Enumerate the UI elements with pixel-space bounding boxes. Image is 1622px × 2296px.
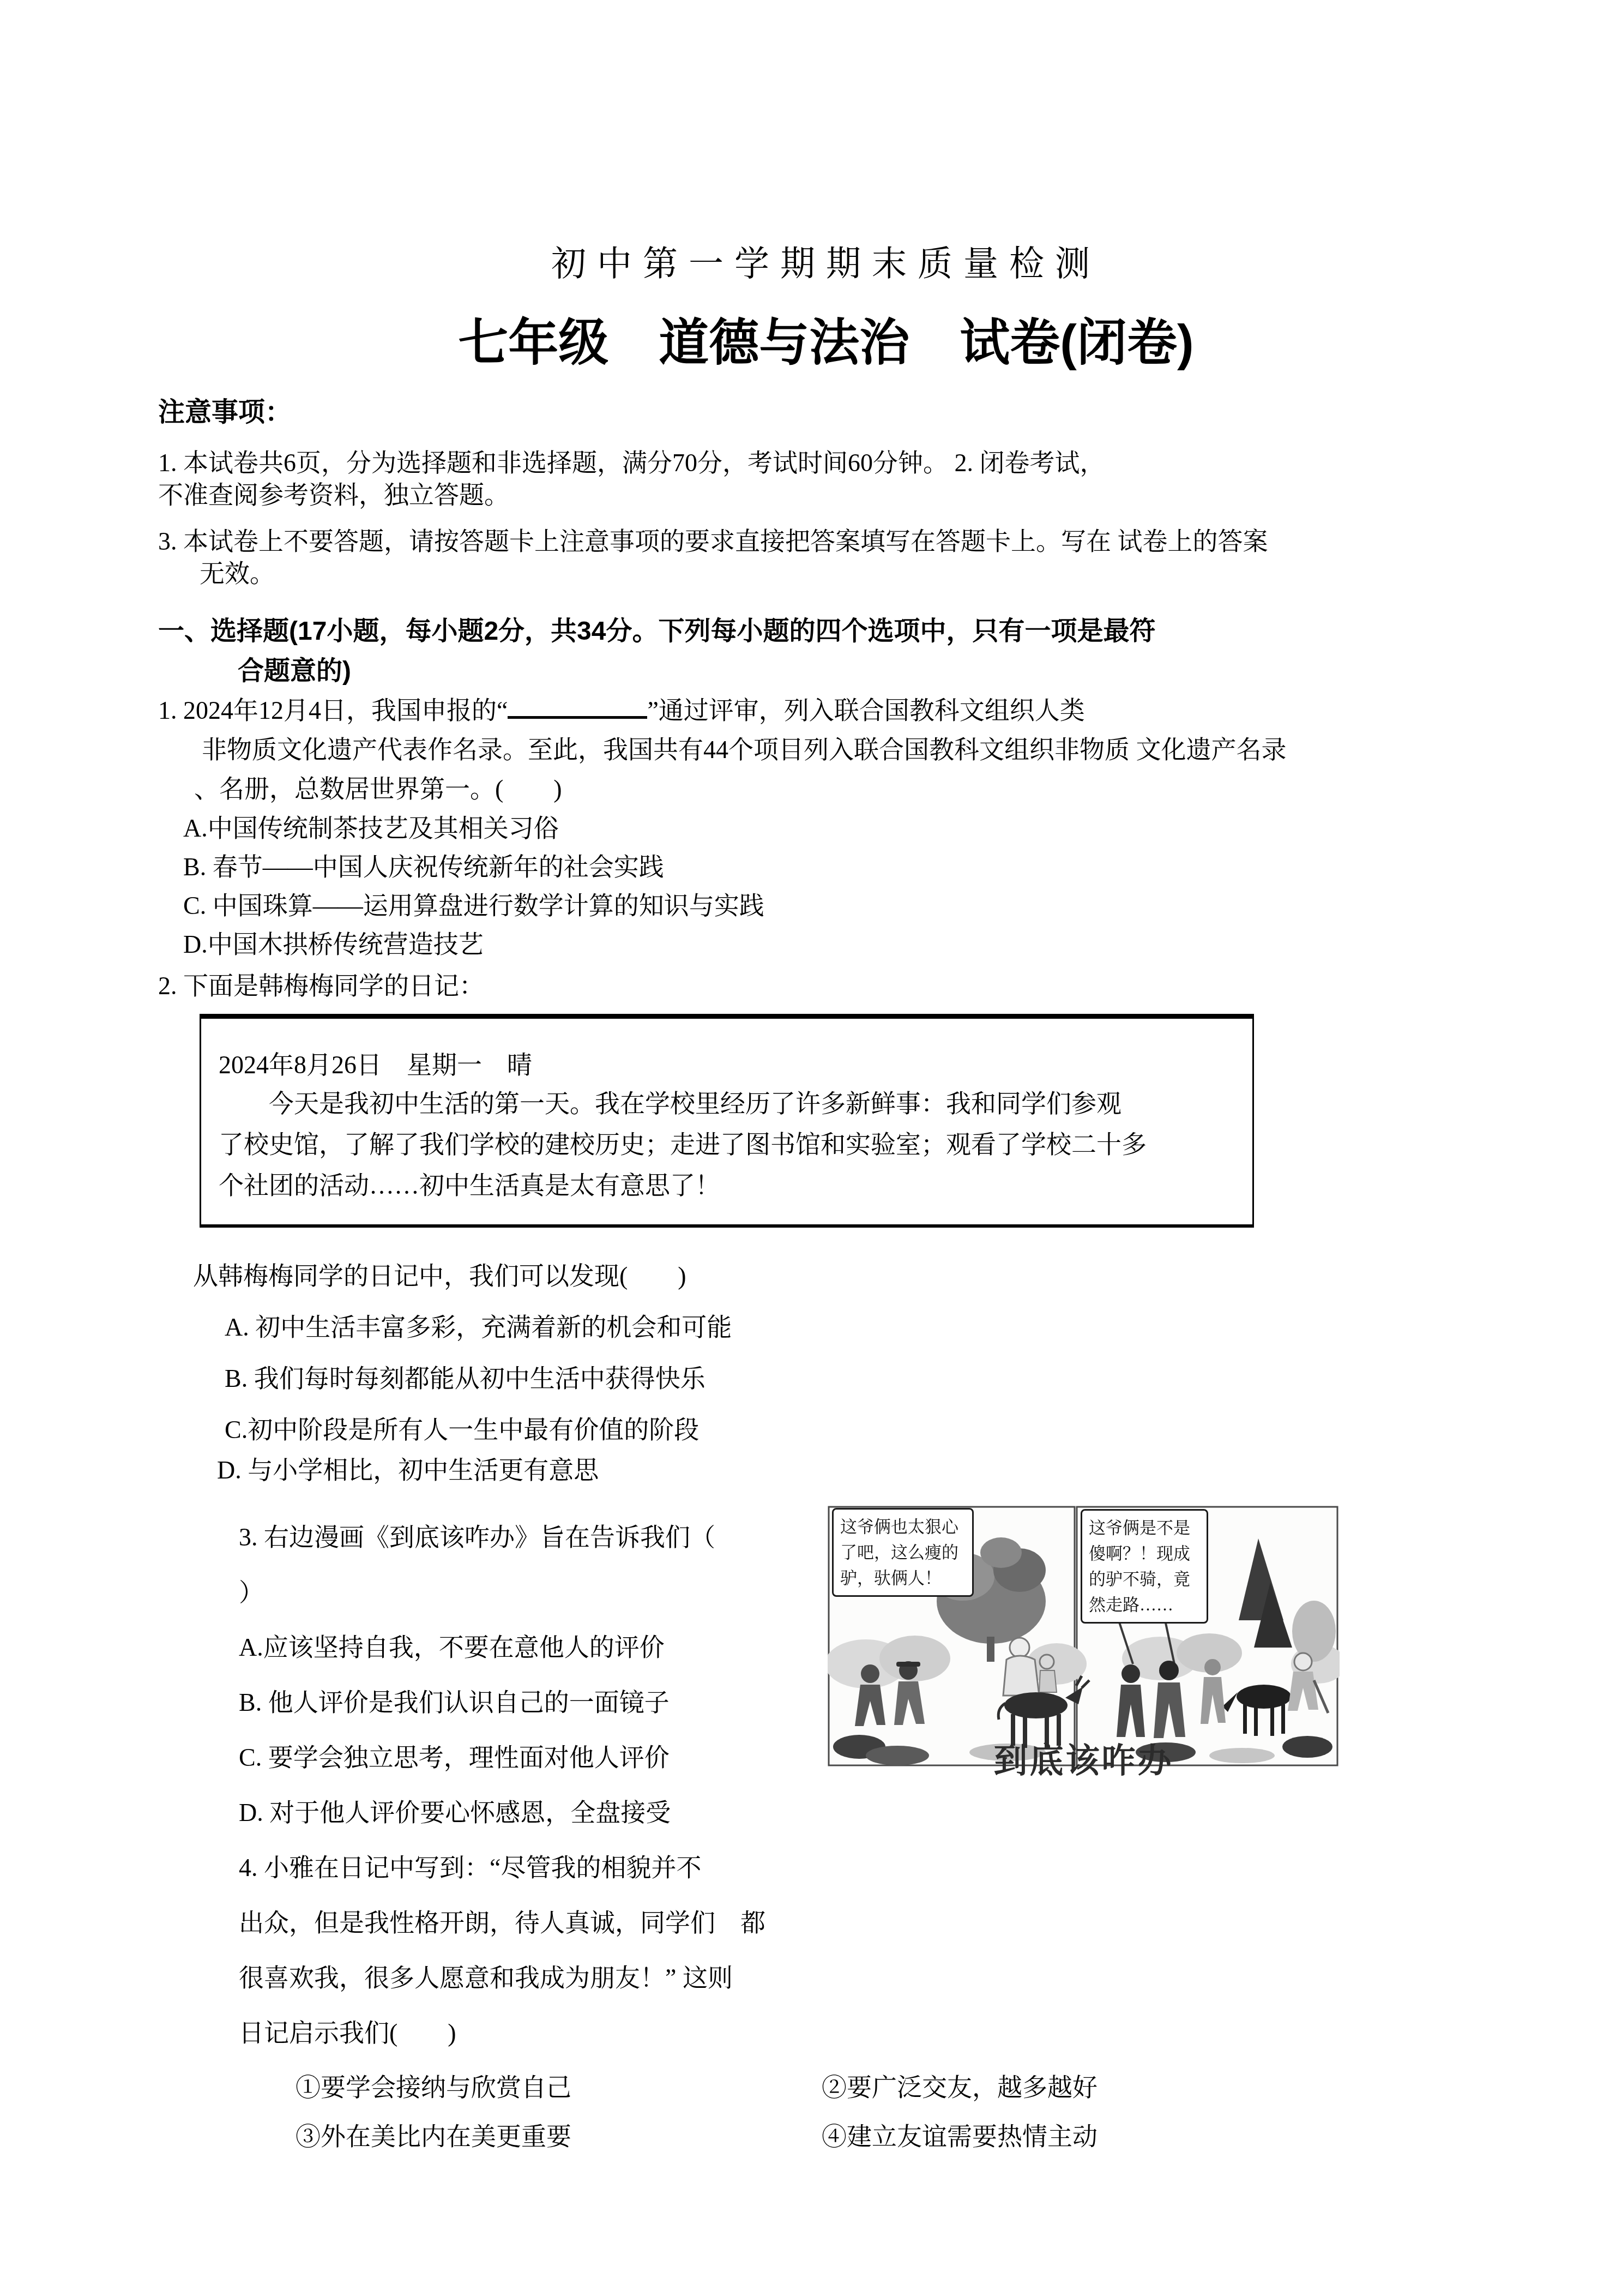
question-3-option-d: D. 对于他人评价要心怀感恩，全盘接受 — [239, 1799, 915, 1827]
question-2-option-a: A. 初中生活丰富多彩，充满着新的机会和可能 — [158, 1311, 1494, 1344]
question-4-option-1: ①要学会接纳与欣赏自己 — [296, 2074, 822, 2101]
exam-subject-title: 七年级 道德与法治 试卷(闭卷) — [158, 318, 1494, 368]
question-2-stem: 从韩梅梅同学的日记中，我们可以发现( ) — [158, 1259, 1494, 1293]
question-2-option-d: D. 与小学相比，初中生活更有意思 — [158, 1453, 1494, 1487]
question-4-stem-line-1: 4. 小雅在日记中写到：“尽管我的相貌并不 — [239, 1854, 915, 1882]
question-1-stem-line-1: 1. 2024年12月4日，我国申报的“”通过评审，列入联合国教科文组织人类 — [158, 691, 1494, 730]
question-3-stem-line-1: 3. 右边漫画《到底该咋办》旨在告诉我们（ — [239, 1523, 915, 1552]
diary-box: 2024年8月26日 星期一 晴 今天是我初中生活的第一天。我在学校里经历了许多… — [200, 1014, 1254, 1228]
notice-item-1: 1. 本试卷共6页，分为选择题和非选择题，满分70分，考试时间60分钟。 2. … — [158, 447, 1494, 479]
question-1-option-d: D.中国木拱桥传统营造技艺 — [158, 925, 1494, 964]
question-3-4-region: 3. 右边漫画《到底该咋办》旨在告诉我们（ ） A.应该坚持自我，不要在意他人的… — [158, 1523, 1494, 2047]
question-3-option-a: A.应该坚持自我，不要在意他人的评价 — [239, 1633, 915, 1662]
notice-heading: 注意事项： — [158, 399, 1494, 426]
section-choice-heading: 一、选择题(17小题，每小题2分，共34分。下列每小题的四个选项中，只有一项是最… — [158, 611, 1494, 651]
question-1-stem-pre: 1. 2024年12月4日，我国申报的“ — [158, 696, 508, 724]
diary-date-line: 2024年8月26日 星期一 晴 — [219, 1047, 1233, 1083]
question-4-options-row-1: ①要学会接纳与欣赏自己②要广泛交友，越多越好 — [158, 2074, 1494, 2101]
question-4-option-2: ②要广泛交友，越多越好 — [822, 2074, 1098, 2101]
question-4-options-row-2: ③外在美比内在美更重要④建立友谊需要热情主动 — [158, 2123, 1494, 2150]
question-2-option-c: C.初中阶段是所有人一生中最有价值的阶段 — [158, 1413, 1494, 1447]
question-1-option-b: B. 春节——中国人庆祝传统新年的社会实践 — [158, 848, 1494, 886]
comic-right-speech-bubble: 这爷俩是不是傻啊？！现成的驴不骑，竟然走路…… — [1081, 1509, 1208, 1624]
question-3-4-text-column: 3. 右边漫画《到底该咋办》旨在告诉我们（ ） A.应该坚持自我，不要在意他人的… — [158, 1523, 915, 2047]
question-2-intro: 2. 下面是韩梅梅同学的日记： — [158, 970, 1494, 1002]
question-1-option-a: A.中国传统制茶技艺及其相关习俗 — [158, 809, 1494, 848]
question-4-stem-line-4: 日记启示我们( ) — [239, 2019, 915, 2047]
diary-body-line-1: 今天是我初中生活的第一天。我在学校里经历了许多新鲜事：我和同学们参观 — [219, 1083, 1233, 1124]
notice-item-3-cont: 无效。 — [158, 557, 1494, 590]
notice-item-1-cont: 不准查阅参考资料，独立答题。 — [158, 479, 1494, 511]
comic-caption: 到底该咋办 — [828, 1734, 1340, 1782]
diary-body-line-2: 了校史馆，了解了我们学校的建校历史；走进了图书馆和实验室；观看了学校二十多 — [219, 1124, 1233, 1165]
question-3-option-b: B. 他人评价是我们认识自己的一面镜子 — [239, 1688, 915, 1717]
question-3-stem-line-2: ） — [239, 1578, 915, 1607]
question-2-option-b: B. 我们每时每刻都能从初中生活中获得快乐 — [158, 1362, 1494, 1396]
diary-body-line-3: 个社团的活动……初中生活真是太有意思了！ — [219, 1165, 1233, 1206]
question-4-stem-line-2: 出众，但是我性格开朗，待人真诚，同学们 都 — [239, 1909, 915, 1937]
question-1-stem-line-2: 非物质文化遗产代表作名录。至此，我国共有44个项目列入联合国教科文组织非物质 文… — [158, 730, 1494, 770]
comic-to-di-gai-zha-ban: 这爷俩也太狠心了吧，这么瘦的驴，驮俩人！ 这爷俩是不是傻啊？！现成的驴不骑，竟然… — [828, 1500, 1340, 1776]
q1-blank-underline — [508, 710, 647, 719]
question-4-stem-line-3: 很喜欢我，很多人愿意和我成为朋友！” 这则 — [239, 1964, 915, 1992]
question-4-option-4: ④建立友谊需要热情主动 — [822, 2123, 1098, 2150]
page-content: 初中第一学期期末质量检测 七年级 道德与法治 试卷(闭卷) 注意事项： 1. 本… — [158, 245, 1494, 2172]
section-choice-heading-cont: 合题意的) — [158, 651, 1494, 691]
notice-item-3: 3. 本试卷上不要答题，请按答题卡上注意事项的要求直接把答案填写在答题卡上。写在… — [158, 525, 1494, 557]
question-4-option-3: ③外在美比内在美更重要 — [296, 2123, 822, 2150]
exam-paper-page: 初中第一学期期末质量检测 七年级 道德与法治 试卷(闭卷) 注意事项： 1. 本… — [0, 0, 1622, 2296]
exam-header-title: 初中第一学期期末质量检测 — [158, 245, 1494, 282]
question-1-option-c: C. 中国珠算——运用算盘进行数学计算的知识与实践 — [158, 886, 1494, 925]
question-1-stem-line-3: 、名册，总数居世界第一。( ) — [158, 770, 1494, 809]
comic-left-speech-bubble: 这爷俩也太狠心了吧，这么瘦的驴，驮俩人！ — [832, 1508, 974, 1597]
question-3-option-c: C. 要学会独立思考，理性面对他人评价 — [239, 1744, 915, 1772]
question-1-stem-post: ”通过评审，列入联合国教科文组织人类 — [647, 696, 1084, 724]
